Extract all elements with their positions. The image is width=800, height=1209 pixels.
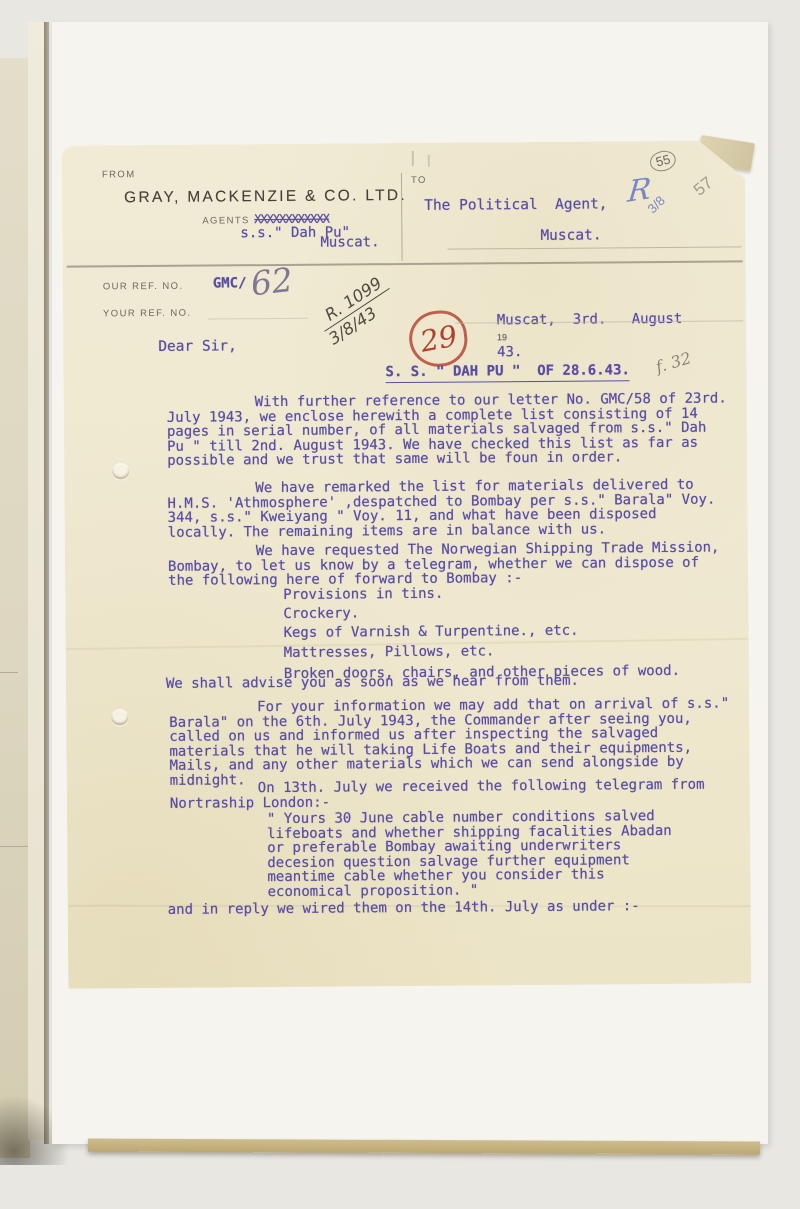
our-ref-value: GMC/ [213,275,247,291]
paragraph-3: We have requested The Norwegian Shipping… [168,540,728,588]
punch-hole-bottom [111,709,128,725]
our-ref-label: OUR REF. NO. [103,281,184,293]
paragraph-1: With further reference to our letter No.… [167,391,728,468]
list-item: Mattresses, Pillows, etc. [284,641,680,663]
letter-paper: FROM GRAY, MACKENZIE & CO. LTD. AGENTS X… [62,140,752,988]
to-label: TO [411,175,427,186]
archive-page-stack [0,22,58,1172]
recipient-place: Muscat. [540,227,601,243]
subject-line: S. S. " DAH PU " OF 28.6.43. [385,362,630,383]
pencil-tick-mark [428,155,430,167]
date-year-printed: 19 [497,332,507,342]
from-label: FROM [102,169,136,180]
pencil-tick-mark [412,151,414,166]
your-ref-label: YOUR REF. NO. [103,308,191,320]
disposal-list: Provisions in tins. Crockery. Kegs of Va… [283,583,680,684]
punch-hole-top [112,463,129,479]
after-list-line: We shall advise you as soon as we hear f… [166,672,726,691]
paragraph-2: We have remarked the list for materials … [167,477,727,540]
paragraph-4: For your information we may add that on … [169,696,730,788]
telegram-quote: " Yours 30 June cable number conditions … [267,809,676,900]
recipient-underline [448,246,742,249]
stack-strip-olive [0,58,30,1158]
red-circle-stamp: 29 [406,308,470,370]
letterhead-rule [67,260,743,267]
closing-line: and in reply we wired them on the 14th. … [168,898,728,917]
stack-strip-cream [28,22,45,1140]
company-name: GRAY, MACKENZIE & CO. LTD. [124,187,407,207]
stack-page-edge [0,846,30,847]
stack-page-edge [0,672,18,673]
pencil-number-note: 57 [690,173,717,200]
handwritten-ref-number: 62 [249,260,295,303]
red-circle-number: 29 [417,319,459,359]
your-ref-blank-line [208,318,308,320]
circled-number-note: 55 [648,148,679,174]
recipient-name: The Political Agent, [424,196,607,213]
dateline-text: Muscat, 3rd. August [497,311,683,328]
date-year-typed: 43. [497,344,522,360]
album-page-bottom-edge [88,1139,760,1155]
stack-edge-line [44,22,49,1144]
pencil-registry-note: R. 1099 3/8/43 [313,271,401,348]
list-item: Kegs of Varnish & Turpentine., etc. [283,620,679,642]
paragraph-5: On 13th. July we received the following … [170,777,730,811]
salutation: Dear Sir, [158,338,237,355]
vessel-place: Muscat. [320,234,379,250]
